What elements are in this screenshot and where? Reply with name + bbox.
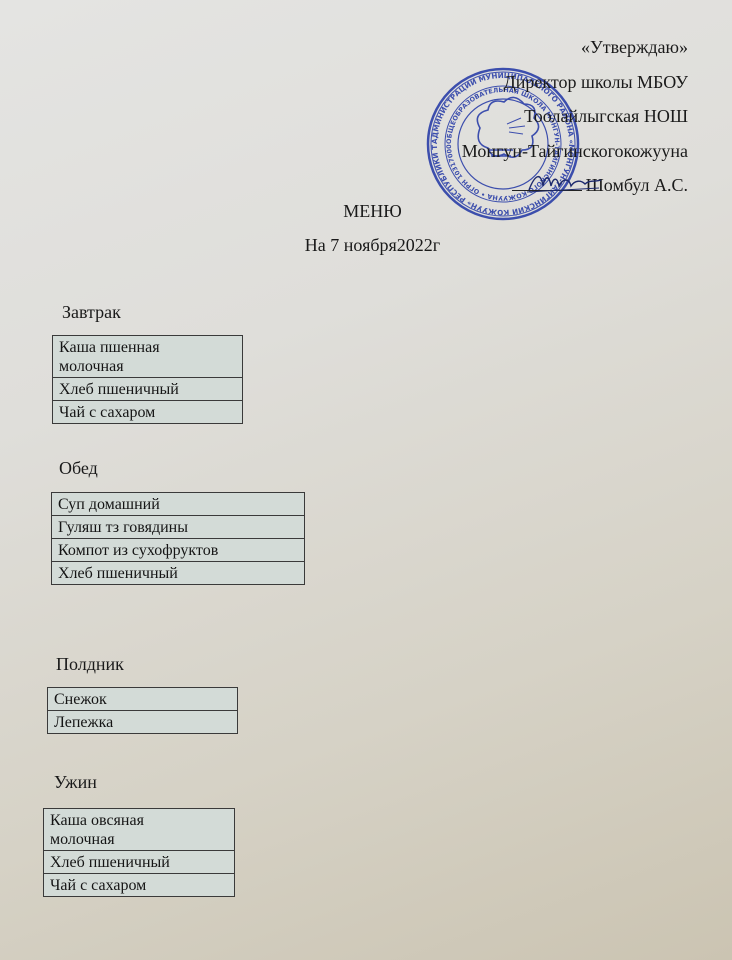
approval-district: Монгун-Тайгинскогокожууна xyxy=(462,134,688,169)
table-row: Суп домашний xyxy=(52,493,305,516)
menu-table-lunch: Суп домашний Гуляш тз говядины Компот из… xyxy=(51,492,305,585)
menu-item: Чай с сахаром xyxy=(44,874,235,897)
table-row: Хлеб пшеничный xyxy=(44,851,235,874)
menu-item: Снежок xyxy=(48,688,238,711)
table-row: Каша овсяная молочная xyxy=(44,809,235,851)
meal-label-snack: Полдник xyxy=(56,654,124,675)
menu-item: Каша овсяная молочная xyxy=(44,809,235,851)
menu-item: Хлеб пшеничный xyxy=(53,378,243,401)
menu-item: Каша пшенная молочная xyxy=(53,336,243,378)
table-row: Чай с сахаром xyxy=(44,874,235,897)
document-date: На 7 ноября2022г xyxy=(0,235,732,256)
menu-item: Гуляш тз говядины xyxy=(52,516,305,539)
approval-position: Директор школы МБОУ xyxy=(462,65,688,100)
meal-label-dinner: Ужин xyxy=(54,772,97,793)
table-row: Чай с сахаром xyxy=(53,401,243,424)
table-row: Компот из сухофруктов xyxy=(52,539,305,562)
meal-label-breakfast: Завтрак xyxy=(62,302,121,323)
menu-item: Чай с сахаром xyxy=(53,401,243,424)
approval-school: Тоолайлыгская НОШ xyxy=(462,99,688,134)
table-row: Хлеб пшеничный xyxy=(53,378,243,401)
table-row: Гуляш тз говядины xyxy=(52,516,305,539)
table-row: Лепежка xyxy=(48,711,238,734)
menu-item: Хлеб пшеничный xyxy=(52,562,305,585)
approval-heading: «Утверждаю» xyxy=(462,30,688,65)
table-row: Снежок xyxy=(48,688,238,711)
menu-table-breakfast: Каша пшенная молочная Хлеб пшеничный Чай… xyxy=(52,335,243,424)
document-title: МЕНЮ xyxy=(0,201,732,222)
menu-table-dinner: Каша овсяная молочная Хлеб пшеничный Чай… xyxy=(43,808,235,897)
menu-item: Суп домашний xyxy=(52,493,305,516)
menu-item: Компот из сухофруктов xyxy=(52,539,305,562)
menu-table-snack: Снежок Лепежка xyxy=(47,687,238,734)
signature-icon xyxy=(525,168,605,196)
meal-label-lunch: Обед xyxy=(59,458,98,479)
table-row: Хлеб пшеничный xyxy=(52,562,305,585)
menu-item: Лепежка xyxy=(48,711,238,734)
menu-item: Хлеб пшеничный xyxy=(44,851,235,874)
table-row: Каша пшенная молочная xyxy=(53,336,243,378)
